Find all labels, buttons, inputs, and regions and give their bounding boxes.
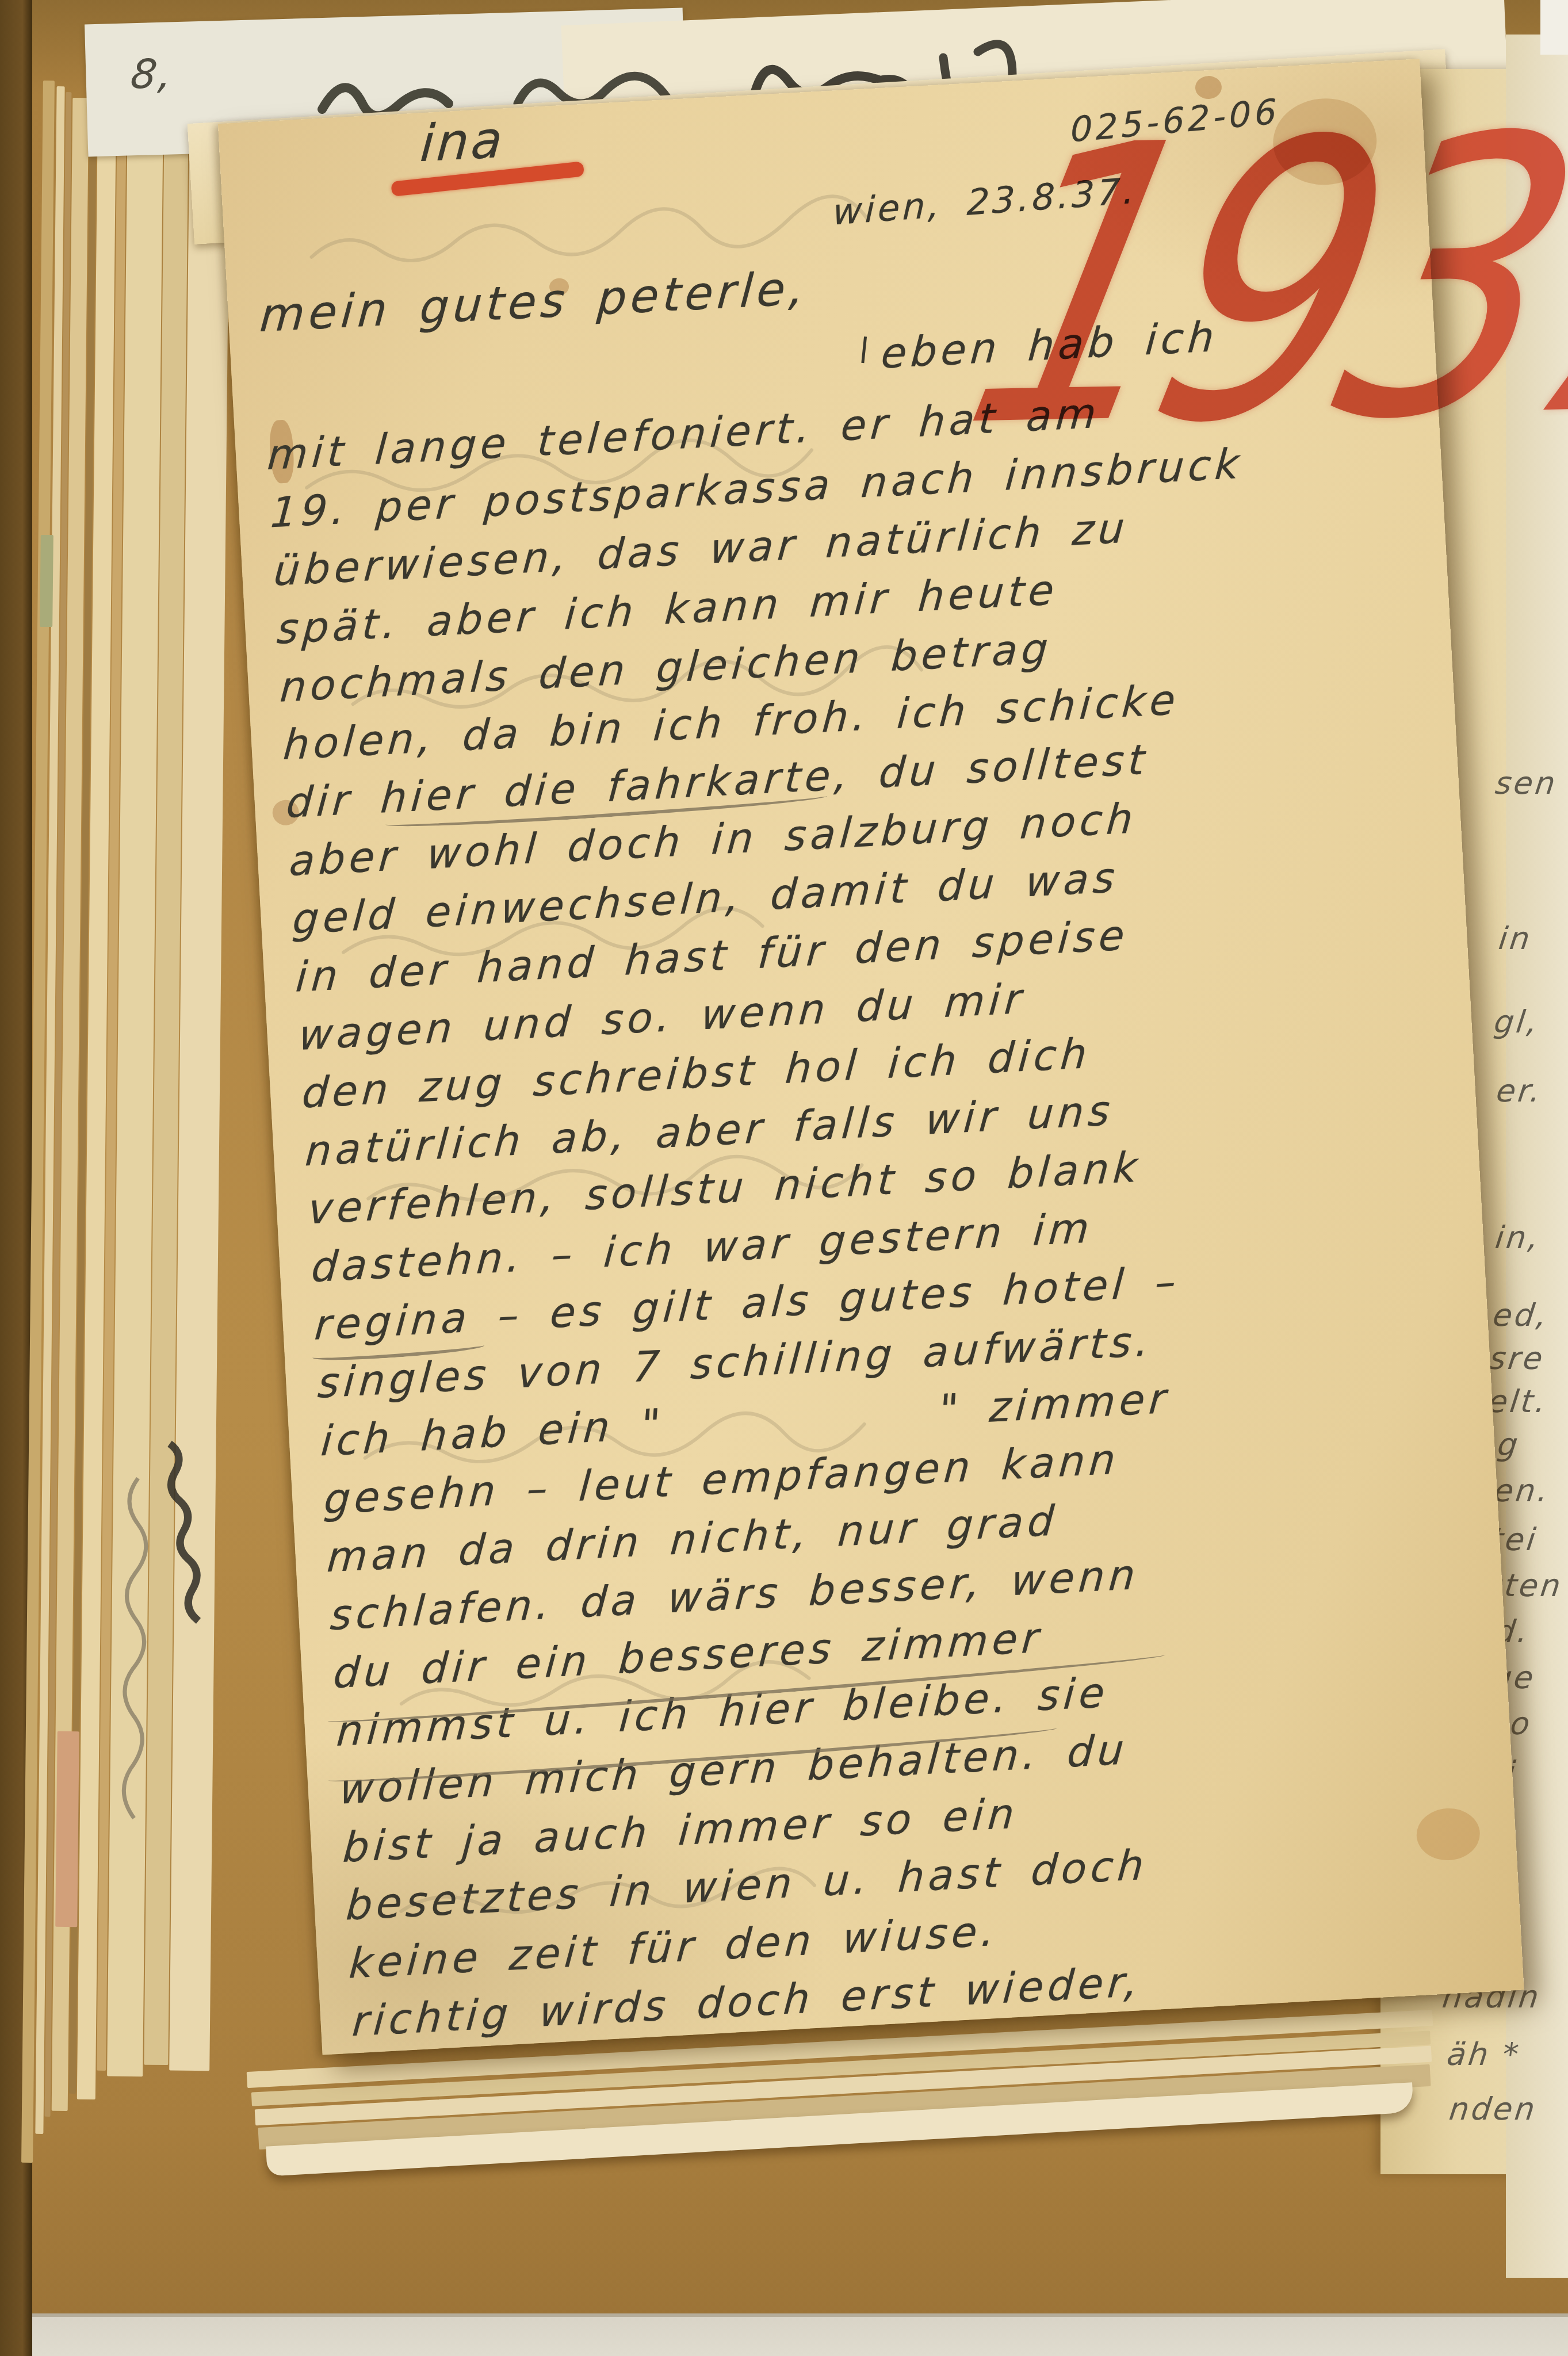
right-page-fragment-3: gl, [1492,1004,1542,1040]
right-page-fragment-21: nden [1447,2091,1539,2127]
top-edge-fragment: 8, [128,51,177,98]
table-surface [0,2313,1568,2356]
right-page-fragment-6: ed, [1491,1297,1551,1333]
right-page-fragment-20: äh * [1445,2036,1523,2072]
right-page-fragment-4: er. [1494,1073,1544,1109]
top-label-ina: ina [419,109,507,173]
letter-sheet: ina 025-62-06 wien, 23.8.37. mein gutes … [218,59,1524,2055]
right-page-fragment-7: sre [1487,1340,1547,1376]
white-sliver [1540,0,1568,55]
red-year-stamp: 1937 [948,103,1568,461]
right-page-fragment-1: sen [1493,765,1559,801]
left-margin-scribbles [52,1409,201,2215]
right-page-fragment-5: in, [1493,1219,1543,1256]
right-page-fragment-2: in [1497,920,1534,957]
left-stack-strip-11 [40,535,53,627]
right-page-fragment-9: g [1496,1426,1522,1463]
archive-photo-root: { "photo": { "description_label": "handw… [0,0,1568,2356]
right-page-fragment-8: elt. [1486,1383,1550,1420]
